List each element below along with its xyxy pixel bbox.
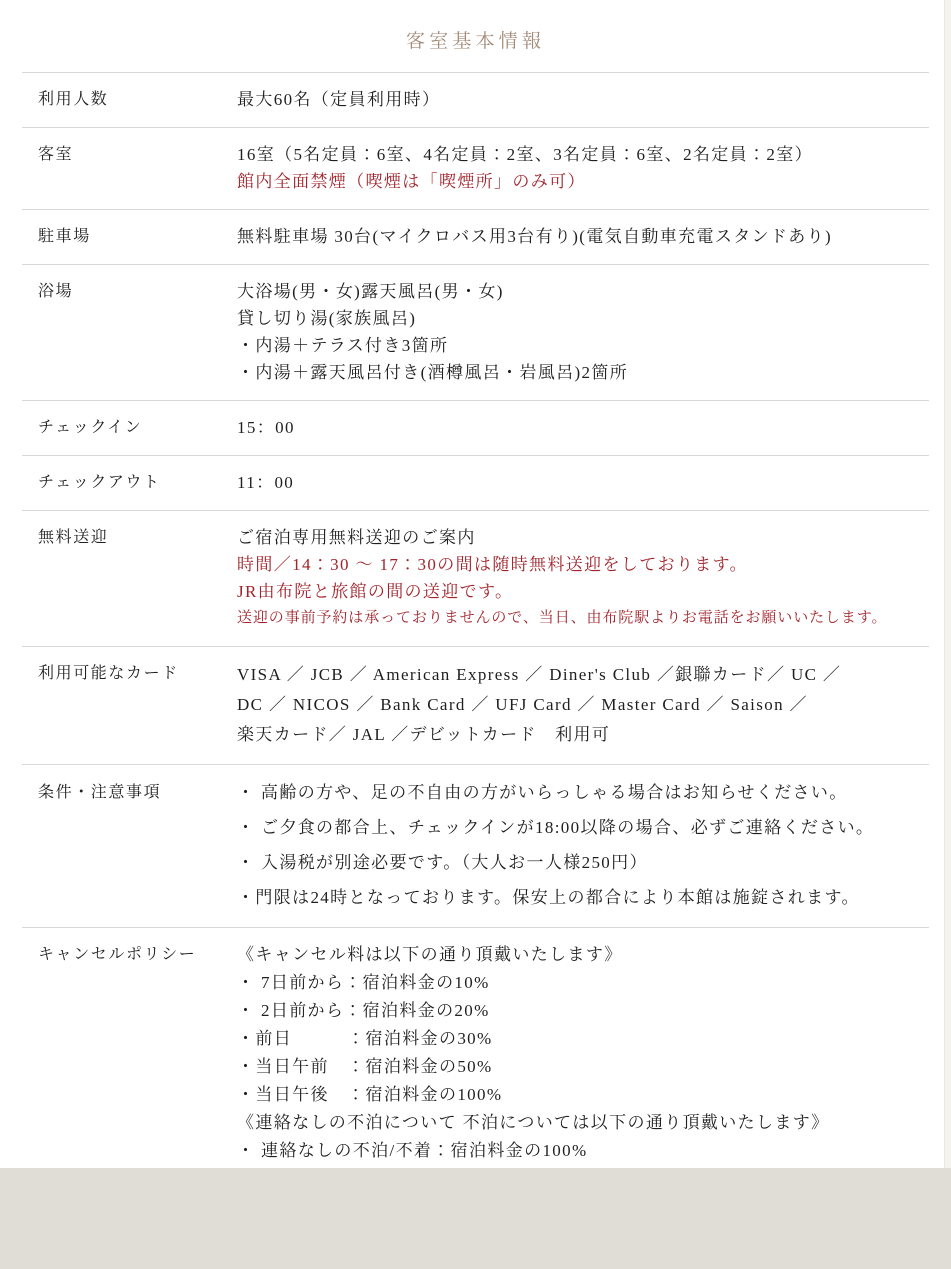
value-line: ・門限は24時となっております。保安上の都合により本館は施錠されます。 [237, 884, 929, 911]
value-line: ・内湯＋テラス付き3箇所 [237, 332, 929, 359]
value-line: ご宿泊専用無料送迎のご案内 [237, 524, 929, 551]
table-row: 利用人数最大60名（定員利用時） [22, 72, 929, 127]
row-value: ・ 高齢の方や、足の不自由の方がいらっしゃる場合はお知らせください。・ ご夕食の… [237, 779, 929, 911]
value-line: 楽天カード／ JAL ／デビットカード 利用可 [237, 720, 929, 750]
value-line: ・内湯＋露天風呂付き(酒樽風呂・岩風呂)2箇所 [237, 359, 929, 386]
value-line: 館内全面禁煙（喫煙は「喫煙所」のみ可） [237, 168, 929, 195]
table-row: 駐車場無料駐車場 30台(マイクロバス用3台有り)(電気自動車充電スタンドあり) [22, 209, 929, 264]
header: 客室基本情報 [0, 0, 951, 72]
value-line: DC ／ NICOS ／ Bank Card ／ UFJ Card ／ Mast… [237, 690, 929, 720]
row-value: 《キャンセル料は以下の通り頂戴いたします》・ 7日前から：宿泊料金の10%・ 2… [237, 941, 929, 1165]
row-label: キャンセルポリシー [22, 941, 237, 1165]
value-line: 《連絡なしの不泊について 不泊については以下の通り頂戴いたします》 [237, 1109, 929, 1137]
row-label: 浴場 [22, 278, 237, 386]
row-label: 駐車場 [22, 223, 237, 250]
value-line: 時間／14：30 ～ 17：30の間は随時無料送迎をしております。 [237, 551, 929, 578]
value-line: 15：00 [237, 414, 929, 441]
row-value: 最大60名（定員利用時） [237, 86, 929, 113]
page-title: 客室基本情報 [406, 26, 545, 53]
row-value: VISA ／ JCB ／ American Express ／ Diner's … [237, 660, 929, 750]
value-line: 最大60名（定員利用時） [237, 86, 929, 113]
value-line: 《キャンセル料は以下の通り頂戴いたします》 [237, 941, 929, 969]
value-line: ・ 2日前から：宿泊料金の20% [237, 997, 929, 1025]
row-value: 16室（5名定員：6室、4名定員：2室、3名定員：6室、2名定員：2室）館内全面… [237, 141, 929, 195]
table-row: 浴場大浴場(男・女)露天風呂(男・女)貸し切り湯(家族風呂)・内湯＋テラス付き3… [22, 264, 929, 400]
value-line: 11：00 [237, 469, 929, 496]
row-value: 大浴場(男・女)露天風呂(男・女)貸し切り湯(家族風呂)・内湯＋テラス付き3箇所… [237, 278, 929, 386]
footer-background-band [0, 1168, 951, 1269]
page: 客室基本情報 利用人数最大60名（定員利用時）客室16室（5名定員：6室、4名定… [0, 0, 951, 1269]
row-value: 無料駐車場 30台(マイクロバス用3台有り)(電気自動車充電スタンドあり) [237, 223, 929, 250]
table-row: 条件・注意事項・ 高齢の方や、足の不自由の方がいらっしゃる場合はお知らせください… [22, 764, 929, 927]
value-line: 大浴場(男・女)露天風呂(男・女) [237, 278, 929, 305]
row-label: 利用人数 [22, 86, 237, 113]
row-value: ご宿泊専用無料送迎のご案内時間／14：30 ～ 17：30の間は随時無料送迎をし… [237, 524, 929, 632]
row-label: 無料送迎 [22, 524, 237, 632]
table-row: 客室16室（5名定員：6室、4名定員：2室、3名定員：6室、2名定員：2室）館内… [22, 127, 929, 209]
row-label: 利用可能なカード [22, 660, 237, 750]
value-line: ・当日午後 ：宿泊料金の100% [237, 1081, 929, 1109]
row-value: 15：00 [237, 414, 929, 441]
value-line: ・ 高齢の方や、足の不自由の方がいらっしゃる場合はお知らせください。 [237, 779, 929, 806]
table-row: チェックアウト11：00 [22, 455, 929, 510]
value-line: JR由布院と旅館の間の送迎です。 [237, 578, 929, 605]
value-line: ・ 7日前から：宿泊料金の10% [237, 969, 929, 997]
value-line: VISA ／ JCB ／ American Express ／ Diner's … [237, 660, 929, 690]
info-table: 利用人数最大60名（定員利用時）客室16室（5名定員：6室、4名定員：2室、3名… [22, 72, 929, 1180]
value-line: 送迎の事前予約は承っておりませんので、当日、由布院駅よりお電話をお願いいたします… [237, 605, 929, 632]
table-row: チェックイン15：00 [22, 400, 929, 455]
value-line: ・ ご夕食の都合上、チェックインが18:00以降の場合、必ずご連絡ください。 [237, 814, 929, 841]
row-label: 客室 [22, 141, 237, 195]
value-line: 無料駐車場 30台(マイクロバス用3台有り)(電気自動車充電スタンドあり) [237, 223, 929, 250]
right-margin-band [944, 0, 951, 1168]
value-line: ・前日 ：宿泊料金の30% [237, 1025, 929, 1053]
table-row: 利用可能なカードVISA ／ JCB ／ American Express ／ … [22, 646, 929, 764]
row-label: チェックアウト [22, 469, 237, 496]
value-line: ・ 入湯税が別途必要です。（大人お一人様250円） [237, 849, 929, 876]
value-line: 16室（5名定員：6室、4名定員：2室、3名定員：6室、2名定員：2室） [237, 141, 929, 168]
value-line: ・ 連絡なしの不泊/不着：宿泊料金の100% [237, 1137, 929, 1165]
row-value: 11：00 [237, 469, 929, 496]
value-line: 貸し切り湯(家族風呂) [237, 305, 929, 332]
row-label: チェックイン [22, 414, 237, 441]
value-line: ・当日午前 ：宿泊料金の50% [237, 1053, 929, 1081]
table-row: キャンセルポリシー《キャンセル料は以下の通り頂戴いたします》・ 7日前から：宿泊… [22, 927, 929, 1179]
table-row: 無料送迎ご宿泊専用無料送迎のご案内時間／14：30 ～ 17：30の間は随時無料… [22, 510, 929, 646]
row-label: 条件・注意事項 [22, 779, 237, 911]
